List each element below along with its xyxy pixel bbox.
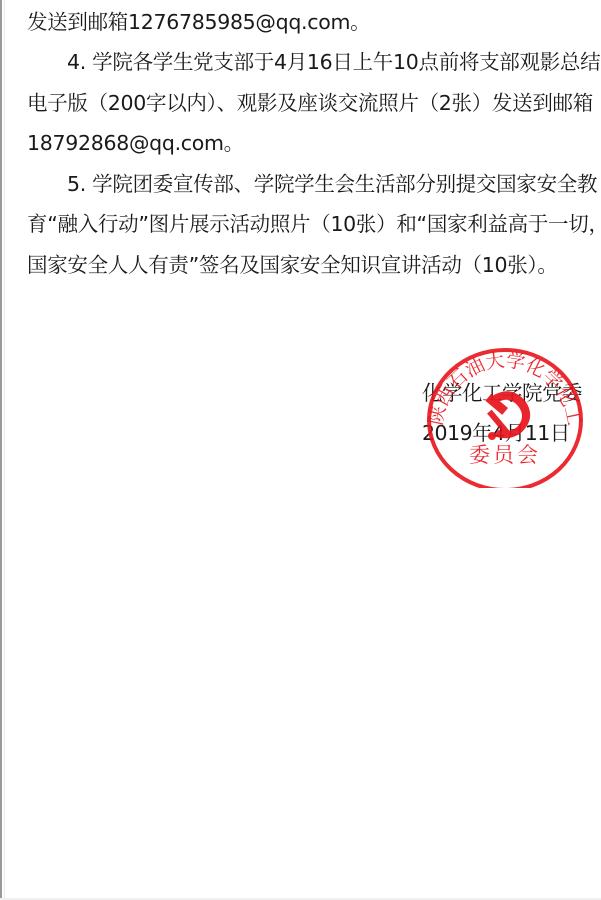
text-line-2: 4. 学院各学生党支部于4月16日上午10点前将支部观影总结 (27, 48, 600, 76)
signature-organization: 化学化工学院党委 (422, 376, 582, 406)
text-line-4: 18792868@qq.com。 (27, 129, 244, 157)
official-seal: 陕西石油大学化学化工学院 委员会 (420, 338, 590, 488)
text-line-7: 国家安全人人有责”签名及国家安全知识宣讲活动（10张）。 (27, 251, 558, 279)
seal-center-text: 委员会 (469, 443, 541, 467)
text-line-5: 5. 学院团委宣传部、学院学生会生活部分别提交国家安全教 (27, 170, 597, 198)
page-left-border (0, 0, 2, 900)
text-line-6: 育“融入行动”图片展示活动照片（10张）和“国家利益高于一切， (27, 210, 601, 238)
page-left-border-inner (4, 0, 5, 900)
text-line-1: 发送到邮箱1276785985@qq.com。 (27, 8, 370, 36)
text-line-3: 电子版（200字以内）、观影及座谈交流照片（2张）发送到邮箱 (27, 89, 593, 117)
signature-date: 2019年4月11日 (422, 416, 570, 446)
